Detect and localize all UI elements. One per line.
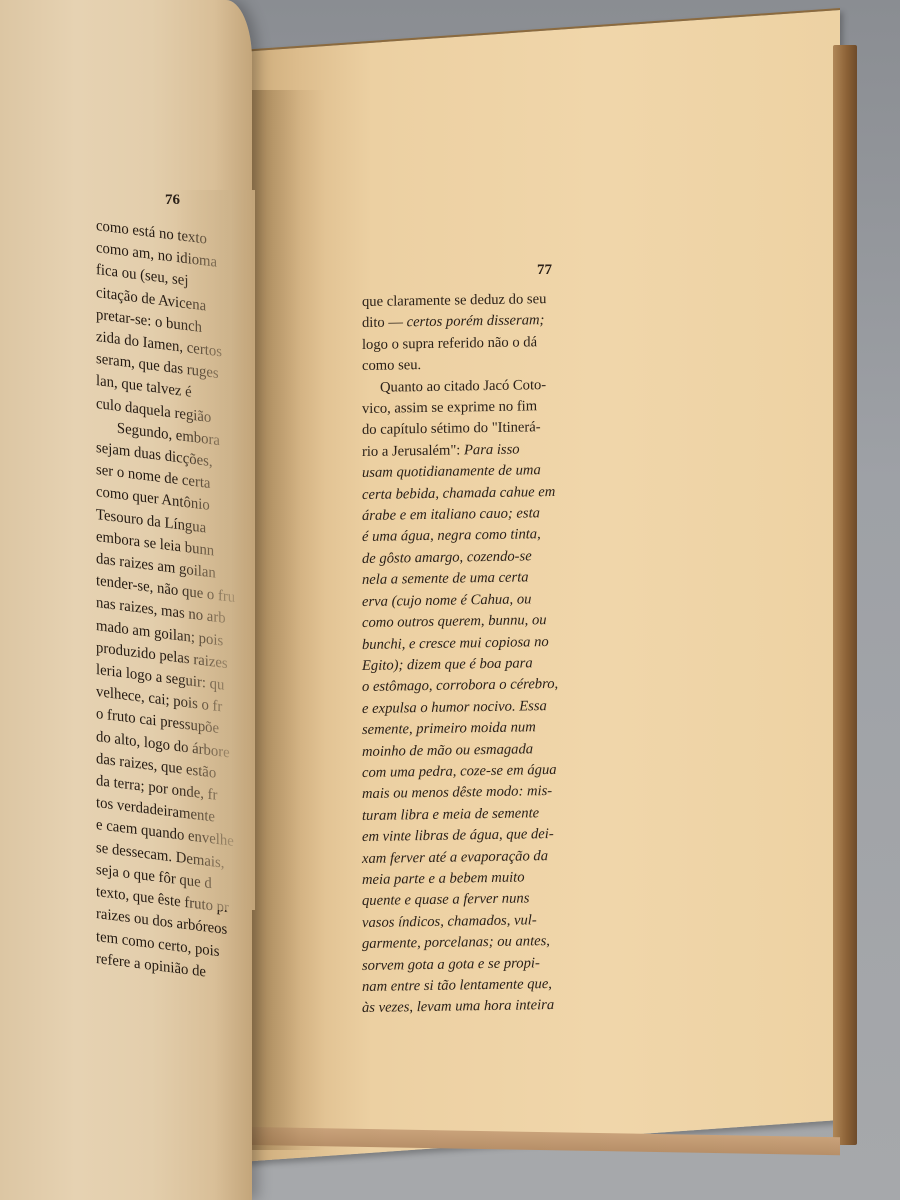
page-curve-shading — [175, 190, 255, 910]
page-77-text: que claramente se deduz do seudito — cer… — [362, 288, 602, 1020]
gutter-shadow — [245, 90, 325, 1150]
page-number-77: 77 — [537, 262, 552, 279]
text-line: às vezes, levam uma hora inteira — [362, 995, 602, 1020]
book-cover-edge — [833, 45, 857, 1145]
book-photo: 77 que claramente se deduz do seudito — … — [0, 0, 900, 1200]
